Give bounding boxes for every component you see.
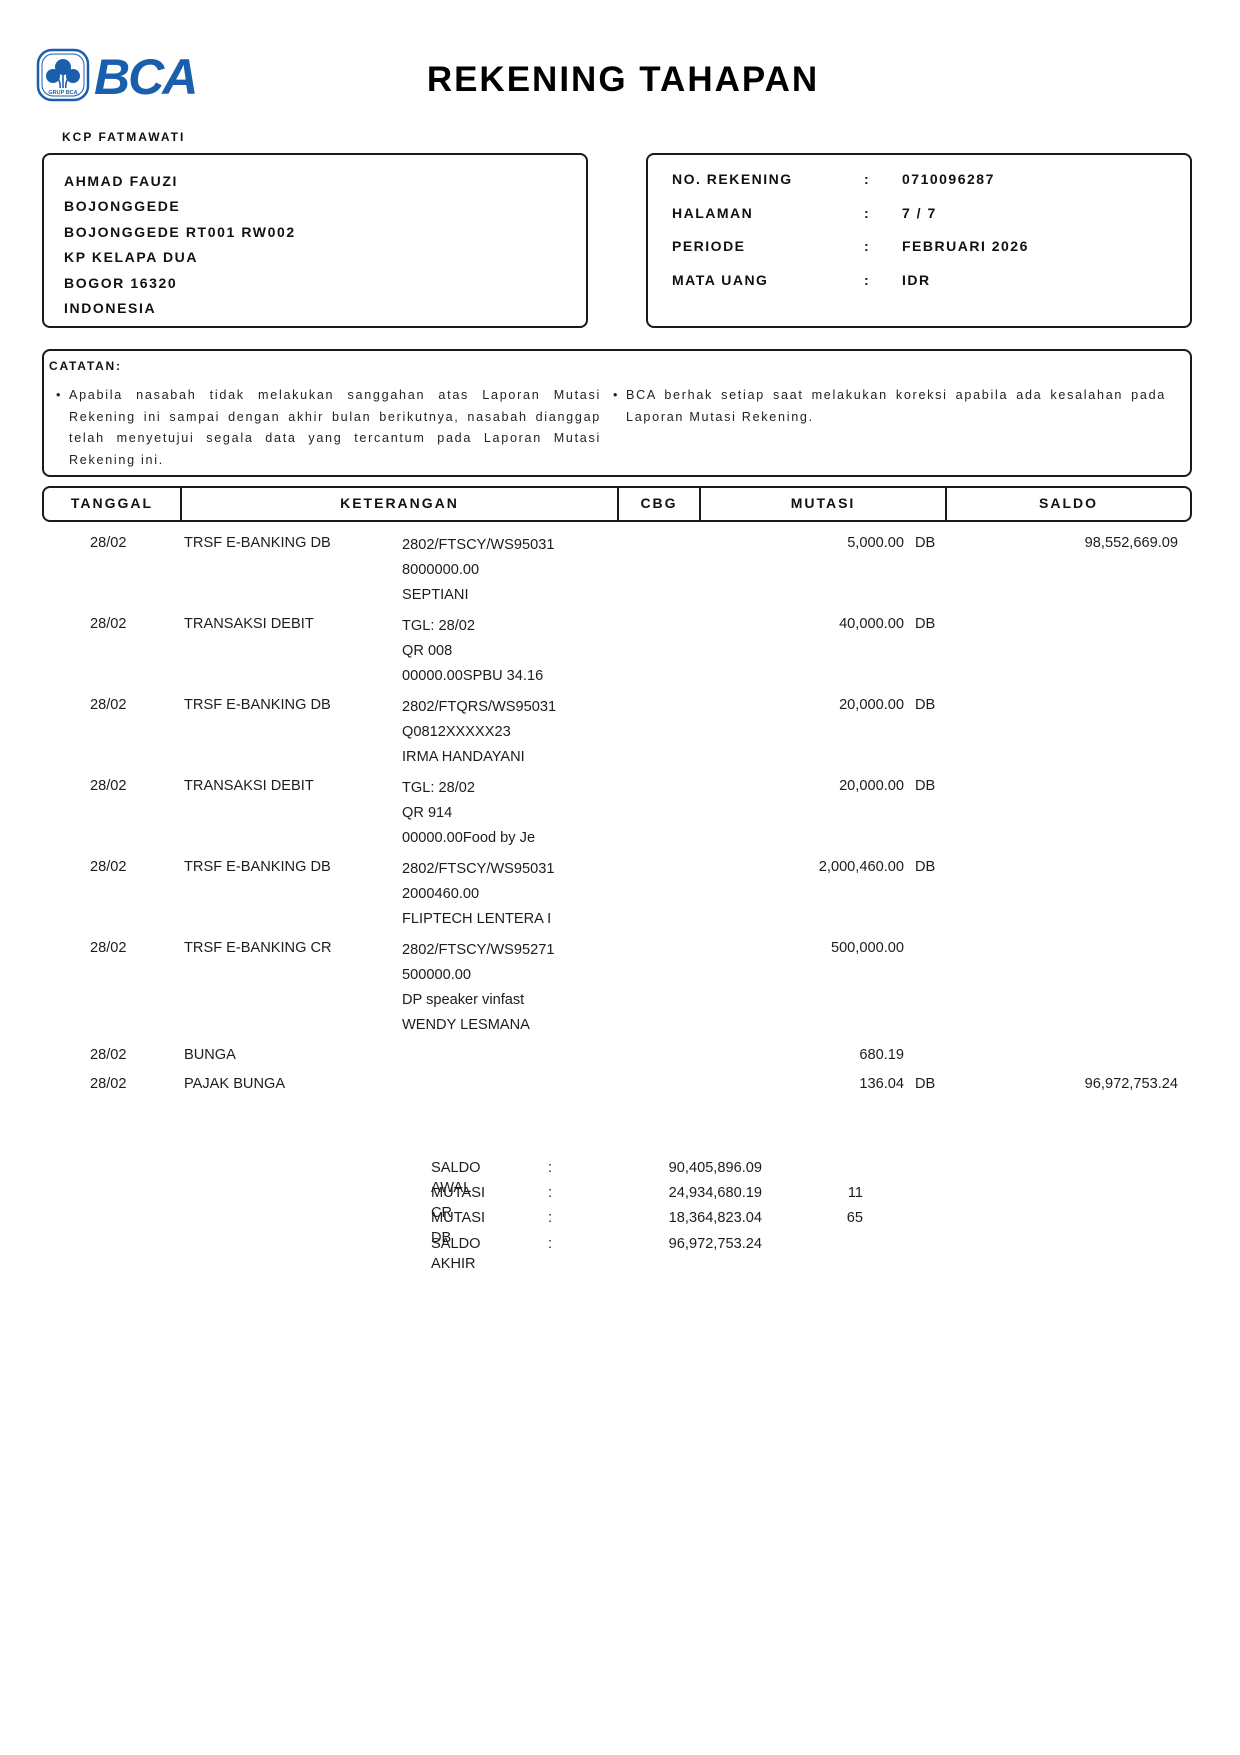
cell-balance: 96,972,753.24 bbox=[1085, 1076, 1178, 1092]
notes-box: CATATAN: • Apabila nasabah tidak melakuk… bbox=[42, 349, 1192, 477]
transactions-table-body: 28/02TRSF E-BANKING DB2802/FTSCY/WS95031… bbox=[0, 535, 1240, 1105]
summary-colon: : bbox=[548, 1234, 552, 1254]
account-value: IDR bbox=[902, 268, 931, 302]
detail-line: 00000.00SPBU 34.16 bbox=[402, 666, 543, 691]
account-info-box: NO. REKENING:0710096287HALAMAN:7 / 7PERI… bbox=[646, 153, 1192, 328]
page-title: REKENING TAHAPAN bbox=[0, 60, 1240, 100]
column-header-keterangan: KETERANGAN bbox=[182, 488, 619, 520]
summary-value: 96,972,753.24 bbox=[669, 1234, 762, 1254]
cell-date: 28/02 bbox=[90, 940, 127, 956]
cell-type: DB bbox=[915, 859, 935, 875]
summary-count: 11 bbox=[848, 1183, 863, 1203]
cell-date: 28/02 bbox=[90, 697, 127, 713]
cell-date: 28/02 bbox=[90, 1047, 127, 1063]
note-item: • Apabila nasabah tidak melakukan sangga… bbox=[49, 385, 606, 471]
account-colon: : bbox=[864, 167, 902, 201]
account-value: 7 / 7 bbox=[902, 201, 937, 235]
account-info-row: NO. REKENING:0710096287 bbox=[672, 167, 1190, 201]
table-row: 28/02BUNGA680.19 bbox=[0, 1047, 1240, 1076]
cell-amount: 20,000.00 bbox=[839, 778, 904, 794]
column-header-mutasi: MUTASI bbox=[701, 488, 947, 520]
account-label: PERIODE bbox=[672, 234, 864, 268]
column-header-saldo: SALDO bbox=[947, 488, 1190, 520]
cell-amount: 40,000.00 bbox=[839, 616, 904, 632]
address-line: BOJONGGEDE bbox=[64, 194, 586, 219]
cell-date: 28/02 bbox=[90, 778, 127, 794]
table-row: 28/02TRSF E-BANKING DB2802/FTQRS/WS95031… bbox=[0, 697, 1240, 778]
address-line: BOGOR 16320 bbox=[64, 271, 586, 296]
table-row: 28/02TRANSAKSI DEBITTGL: 28/02QR 9140000… bbox=[0, 778, 1240, 859]
detail-line: 500000.00 bbox=[402, 965, 555, 990]
cell-type: DB bbox=[915, 778, 935, 794]
detail-line: QR 914 bbox=[402, 803, 535, 828]
cell-details: 2802/FTQRS/WS95031Q0812XXXXX23IRMA HANDA… bbox=[402, 697, 556, 772]
detail-line: 2802/FTQRS/WS95031 bbox=[402, 697, 556, 722]
account-label: NO. REKENING bbox=[672, 167, 864, 201]
address-line: AHMAD FAUZI bbox=[64, 169, 586, 194]
branch-name: KCP FATMAWATI bbox=[62, 130, 185, 144]
notes-heading: CATATAN: bbox=[49, 359, 1184, 373]
detail-line: 8000000.00 bbox=[402, 560, 555, 585]
cell-date: 28/02 bbox=[90, 1076, 127, 1092]
cell-amount: 136.04 bbox=[859, 1076, 904, 1092]
cell-balance: 98,552,669.09 bbox=[1085, 535, 1178, 551]
cell-date: 28/02 bbox=[90, 616, 127, 632]
account-colon: : bbox=[864, 268, 902, 302]
summary-colon: : bbox=[548, 1208, 552, 1228]
address-line: INDONESIA bbox=[64, 296, 586, 321]
detail-line: TGL: 28/02 bbox=[402, 616, 543, 641]
detail-line: FLIPTECH LENTERA I bbox=[402, 909, 555, 934]
detail-line: DP speaker vinfast bbox=[402, 990, 555, 1015]
table-row: 28/02TRSF E-BANKING DB2802/FTSCY/WS95031… bbox=[0, 535, 1240, 616]
cell-type: DB bbox=[915, 616, 935, 632]
cell-amount: 20,000.00 bbox=[839, 697, 904, 713]
cell-amount: 2,000,460.00 bbox=[819, 859, 904, 875]
summary-value: 24,934,680.19 bbox=[669, 1183, 762, 1203]
detail-line: 2000460.00 bbox=[402, 884, 555, 909]
account-label: HALAMAN bbox=[672, 201, 864, 235]
table-row: 28/02TRANSAKSI DEBITTGL: 28/02QR 0080000… bbox=[0, 616, 1240, 697]
cell-description: TRSF E-BANKING CR bbox=[184, 940, 332, 956]
table-row: 28/02TRSF E-BANKING DB2802/FTSCY/WS95031… bbox=[0, 859, 1240, 940]
table-row: 28/02PAJAK BUNGA136.04DB96,972,753.24 bbox=[0, 1076, 1240, 1105]
cell-type: DB bbox=[915, 1076, 935, 1092]
summary-value: 18,364,823.04 bbox=[669, 1208, 762, 1228]
cell-date: 28/02 bbox=[90, 535, 127, 551]
account-colon: : bbox=[864, 201, 902, 235]
cell-description: TRANSAKSI DEBIT bbox=[184, 616, 314, 632]
cell-description: TRSF E-BANKING DB bbox=[184, 859, 331, 875]
cell-description: TRSF E-BANKING DB bbox=[184, 535, 331, 551]
detail-line: 00000.00Food by Je bbox=[402, 828, 535, 853]
address-line: BOJONGGEDE RT001 RW002 bbox=[64, 220, 586, 245]
address-line: KP KELAPA DUA bbox=[64, 245, 586, 270]
account-info-row: MATA UANG:IDR bbox=[672, 268, 1190, 302]
summary-count: 65 bbox=[847, 1208, 863, 1228]
bullet-icon: • bbox=[606, 385, 626, 471]
detail-line: TGL: 28/02 bbox=[402, 778, 535, 803]
customer-address-box: AHMAD FAUZIBOJONGGEDEBOJONGGEDE RT001 RW… bbox=[42, 153, 588, 328]
summary-colon: : bbox=[548, 1158, 552, 1178]
cell-details: TGL: 28/02QR 00800000.00SPBU 34.16 bbox=[402, 616, 543, 691]
cell-details: TGL: 28/02QR 91400000.00Food by Je bbox=[402, 778, 535, 853]
cell-type: DB bbox=[915, 697, 935, 713]
account-colon: : bbox=[864, 234, 902, 268]
detail-line: QR 008 bbox=[402, 641, 543, 666]
account-label: MATA UANG bbox=[672, 268, 864, 302]
account-info-row: HALAMAN:7 / 7 bbox=[672, 201, 1190, 235]
cell-description: BUNGA bbox=[184, 1047, 236, 1063]
detail-line: SEPTIANI bbox=[402, 585, 555, 610]
bullet-icon: • bbox=[49, 385, 69, 471]
table-row: 28/02TRSF E-BANKING CR2802/FTSCY/WS95271… bbox=[0, 940, 1240, 1046]
cell-description: PAJAK BUNGA bbox=[184, 1076, 285, 1092]
cell-details: 2802/FTSCY/WS950312000460.00FLIPTECH LEN… bbox=[402, 859, 555, 934]
cell-type: DB bbox=[915, 535, 935, 551]
cell-amount: 5,000.00 bbox=[847, 535, 904, 551]
cell-details: 2802/FTSCY/WS95271500000.00DP speaker vi… bbox=[402, 940, 555, 1040]
cell-details: 2802/FTSCY/WS950318000000.00SEPTIANI bbox=[402, 535, 555, 610]
summary-colon: : bbox=[548, 1183, 552, 1203]
cell-date: 28/02 bbox=[90, 859, 127, 875]
summary-value: 90,405,896.09 bbox=[669, 1158, 762, 1178]
account-info-row: PERIODE:FEBRUARI 2026 bbox=[672, 234, 1190, 268]
account-value: 0710096287 bbox=[902, 167, 995, 201]
detail-line: 2802/FTSCY/WS95031 bbox=[402, 535, 555, 560]
detail-line: WENDY LESMANA bbox=[402, 1015, 555, 1040]
cell-amount: 680.19 bbox=[859, 1047, 904, 1063]
column-header-cbg: CBG bbox=[619, 488, 701, 520]
transactions-table-header: TANGGAL KETERANGAN CBG MUTASI SALDO bbox=[42, 486, 1192, 522]
detail-line: Q0812XXXXX23 bbox=[402, 722, 556, 747]
detail-line: IRMA HANDAYANI bbox=[402, 747, 556, 772]
cell-description: TRANSAKSI DEBIT bbox=[184, 778, 314, 794]
detail-line: 2802/FTSCY/WS95271 bbox=[402, 940, 555, 965]
account-value: FEBRUARI 2026 bbox=[902, 234, 1029, 268]
note-item: • BCA berhak setiap saat melakukan korek… bbox=[606, 385, 1166, 471]
detail-line: 2802/FTSCY/WS95031 bbox=[402, 859, 555, 884]
cell-amount: 500,000.00 bbox=[831, 940, 904, 956]
summary-label: SALDO AKHIR bbox=[431, 1234, 480, 1274]
column-header-tanggal: TANGGAL bbox=[44, 488, 182, 520]
cell-description: TRSF E-BANKING DB bbox=[184, 697, 331, 713]
